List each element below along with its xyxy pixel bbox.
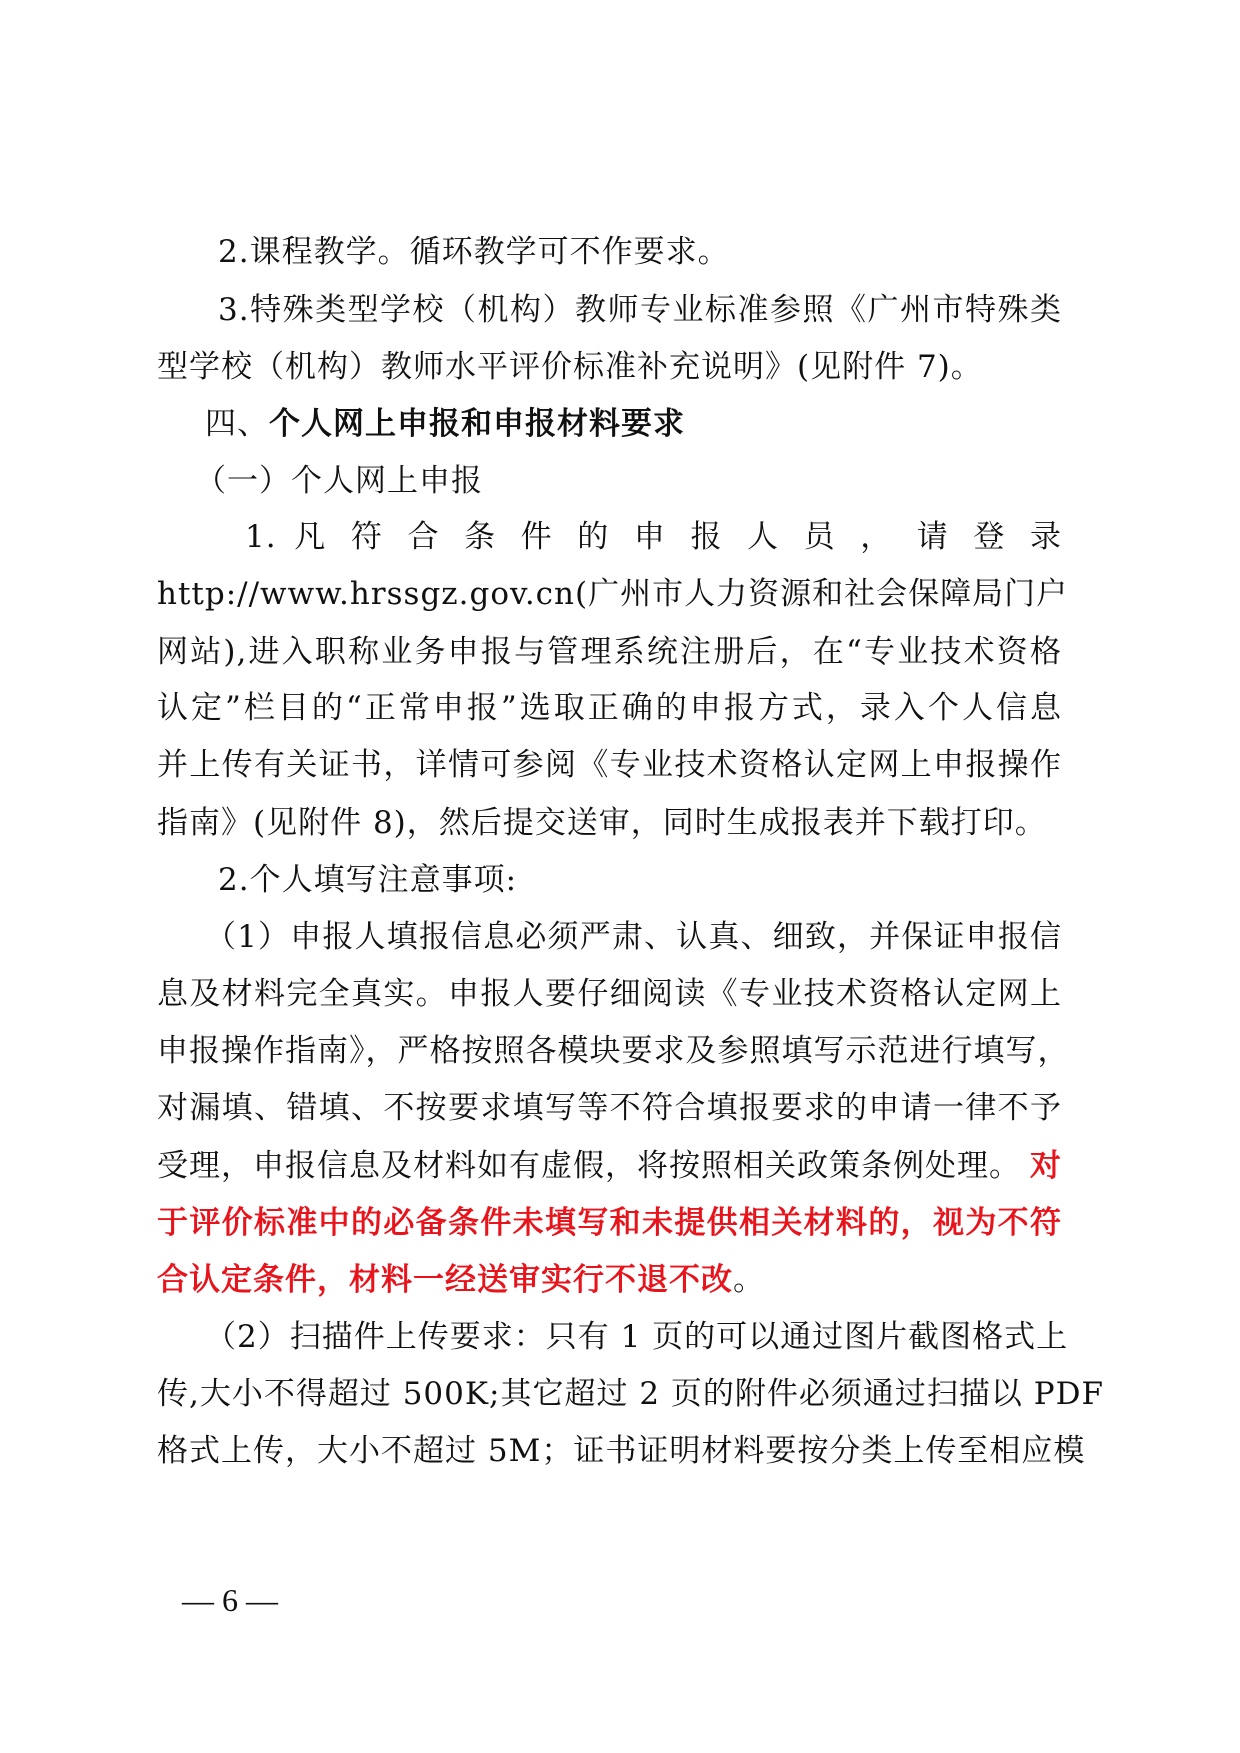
paragraph-online-line5: 并上传有关证书，详情可参阅《专业技术资格认定网上申报操作	[157, 745, 1062, 785]
emphasis-text-line2: 于评价标准中的必备条件未填写和未提供相关材料的，视为不符	[157, 1203, 1062, 1243]
section-number: 四、	[205, 406, 269, 442]
paragraph-note1-line3: 申报操作指南》，严格按照各模块要求及参照填写示范进行填写，	[157, 1031, 1062, 1071]
paragraph-online-line4: 认定”栏目的“正常申报”选取正确的申报方式，录入个人信息	[157, 688, 1062, 728]
paragraph-online-line3: 网站),进入职称业务申报与管理系统注册后，在“专业技术资格	[157, 632, 1062, 672]
paragraph-special-school-line1: 3.特殊类型学校（机构）教师专业标准参照《广州市特殊类	[218, 290, 1062, 330]
page-number: — 6 —	[182, 1580, 278, 1620]
document-page: 2.课程教学。循环教学可不作要求。 3.特殊类型学校（机构）教师专业标准参照《广…	[0, 0, 1240, 1753]
paragraph-online-line1: 1. 凡 符 合 条 件 的 申 报 人 员 ， 请 登 录	[245, 517, 1062, 557]
paragraph-course-teaching: 2.课程教学。循环教学可不作要求。	[218, 232, 1062, 272]
paragraph-note1-line4: 对漏填、错填、不按要求填写等不符合填报要求的申请一律不予	[157, 1088, 1062, 1128]
note1-text: 受理，申报信息及材料如有虚假，将按照相关政策条例处理。	[157, 1146, 1021, 1186]
emphasis-text-line3: 合认定条件，材料一经送审实行不退不改。	[157, 1260, 1062, 1300]
paragraph-note1-line5: 受理，申报信息及材料如有虚假，将按照相关政策条例处理。对	[157, 1146, 1062, 1186]
emphasis-text-end: 合认定条件，材料一经送审实行不退不改	[157, 1262, 733, 1298]
paragraph-online-line6: 指南》(见附件 8)，然后提交送审，同时生成报表并下载打印。	[157, 803, 1062, 843]
subsection-heading-online: （一）个人网上申报	[195, 461, 1100, 501]
section-heading: 四、个人网上申报和申报材料要求	[205, 404, 1110, 444]
paragraph-note1-line1: （1）申报人填报信息必须严肃、认真、细致，并保证申报信	[205, 917, 1062, 957]
website-link[interactable]: http://www.hrssgz.gov.cn(广州市人力资源和社会保障局门户	[157, 574, 1062, 614]
paragraph-note2-line1: （2）扫描件上传要求：只有 1 页的可以通过图片截图格式上	[205, 1317, 1062, 1357]
section-title: 个人网上申报和申报材料要求	[269, 406, 685, 442]
paragraph-note2-line3: 格式上传，大小不超过 5M；证书证明材料要按分类上传至相应模	[157, 1431, 1062, 1471]
paragraph-note1-line2: 息及材料完全真实。申报人要仔细阅读《专业技术资格认定网上	[157, 974, 1062, 1014]
emphasis-text-start: 对	[1030, 1146, 1062, 1186]
paragraph-notes-heading: 2.个人填写注意事项:	[218, 860, 1062, 900]
paragraph-special-school-line2: 型学校（机构）教师水平评价标准补充说明》(见附件 7)。	[157, 347, 1062, 387]
paragraph-note2-line2: 传,大小不得超过 500K;其它超过 2 页的附件必须通过扫描以 PDF	[157, 1374, 1062, 1414]
period: 。	[733, 1262, 765, 1298]
